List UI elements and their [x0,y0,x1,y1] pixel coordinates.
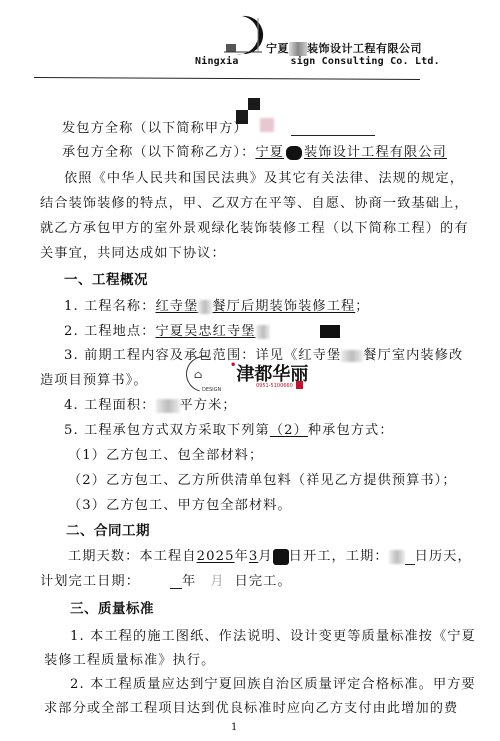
quality-p2-line2: 求部分或全部工程项目达到优良标准时应向乙方支付由此增加的费 [44,697,458,716]
duration-line: 工期天数：本工程自2025年3月日开工，工期：日历天， [68,545,472,565]
contract-mode-line: 5. 工程承包方式双方采取下列第（2）种承包方式： [64,419,394,438]
section-3-title: 三、质量标准 [70,597,154,617]
scope-text-b: 餐厅室内装修改 [363,348,463,363]
party-a-label: 发包方全称（以下简称甲方） [62,121,248,136]
completion-line: 计划完工日期：年月日完工。 [40,570,292,589]
option-3: （3）乙方包工、甲方包全部材料。 [68,494,292,513]
duration-text-e: 日历天， [415,549,472,564]
project-area-label: 4. 工程面积： [64,398,156,413]
company-en-left: Ningxia [195,56,239,67]
year-label: 年 [235,549,249,564]
redaction [389,550,405,564]
contract-mode-suffix: 种承包方式： [308,423,394,438]
quality-p1-line2: 装修工程质量标准》执行。 [44,649,215,668]
watermark-logo: ⌂ DESIGN •津都华丽 0951-5100660 [186,356,316,396]
punct: ； [355,299,369,314]
start-month: 3 [249,549,259,564]
party-a-line: 发包方全称（以下简称甲方） [62,117,375,136]
company-en-right: sign Consulting Co. Ltd. [291,56,440,67]
month-label: 月 [258,549,272,564]
month-label: 月 [210,574,224,589]
company-cn-left: 宁夏 [266,42,289,55]
redaction [273,549,289,565]
project-name-a: 红寺堡 [156,299,199,314]
intro-line-2: 结合装饰装修的特点，甲、乙双方在平等、自愿、协商一致基础上， [40,192,469,211]
contract-mode-prefix: 5. 工程承包方式双方采取下列第 [64,423,270,438]
party-b-line: 承包方全称（以下简称乙方）：宁夏装饰设计工程有限公司 [62,141,447,160]
page-number: 1 [231,722,237,733]
duration-text-a: 工期天数：本工程自 [68,549,197,564]
contract-mode-choice: （2） [270,423,308,438]
option-2: （2）乙方包工、乙方所供清单包料（祥见乙方提供预算书）； [68,469,457,488]
company-logo-icon [222,14,264,56]
project-location-label: 2. 工程地点： [64,324,156,339]
project-area-line: 4. 工程面积：平方米； [64,394,237,413]
company-name-cn: 宁夏装饰设计工程有限公司 [266,40,422,56]
project-name-line: 1. 工程名称：红寺堡餐厅后期装饰装修工程； [64,295,370,314]
house-roof-icon: ⌂ [194,368,202,381]
party-b-suffix: 装饰设计工程有限公司 [304,145,447,160]
blank [170,588,182,589]
section-2-title: 二、合同工期 [66,519,150,539]
company-cn-right: 装饰设计工程有限公司 [307,42,422,55]
duration-text-d: 日开工，工期： [289,549,389,564]
watermark-design-label: DESIGN [202,387,221,393]
scope-line-2: 造项目预算书》。 [40,369,148,388]
quality-p1-line1: 1. 本工程的施工图纸、作法说明、设计变更等质量标准按《宁夏 [70,625,476,644]
option-1: （1）乙方包工、包全部材料； [68,444,263,463]
redaction [198,300,212,314]
watermark-phone: 0951-5100660 [256,383,293,389]
redaction [341,350,363,362]
redaction [286,146,302,160]
project-name-label: 1. 工程名称： [64,299,156,314]
redaction [156,399,180,413]
redaction [320,325,340,338]
quality-p2-line1: 2. 本工程质量应达到宁夏回族自治区质量评定合格标准。甲方要 [70,673,476,692]
redaction [256,325,270,339]
watermark-seal-icon [296,381,303,389]
blank [405,564,415,565]
intro-line-1: 依照《中华人民共和国民法典》及其它有关法律、法规的规定， [64,167,464,186]
party-a-blank [291,135,375,136]
header-divider [34,77,420,80]
intro-line-4: 关事宜，共同达成如下协议： [40,242,226,261]
section-1-title: 一、工程概况 [64,268,148,288]
completion-label: 计划完工日期： [40,574,140,589]
party-b-label: 承包方全称（以下简称乙方）： [62,145,255,160]
completion-suffix: 日完工。 [235,574,292,589]
intro-line-3: 就乙方承包甲方的室外景观绿化装饰装修工程（以下简称工程）的有 [40,217,469,236]
letterhead: 宁夏装饰设计工程有限公司 Ningxiasign Consulting Co. … [0,0,500,80]
project-name-b: 餐厅后期装饰装修工程 [212,299,355,314]
year-label: 年 [182,574,196,589]
redaction [289,42,307,56]
project-location-value: 宁夏吴忠红寺堡 [156,324,256,339]
project-location-line: 2. 工程地点：宁夏吴忠红寺堡 [64,320,340,339]
party-b-prefix: 宁夏 [255,145,284,160]
project-area-unit: 平方米； [180,398,237,413]
company-name-en: Ningxiasign Consulting Co. Ltd. [195,56,440,67]
start-year: 2025 [197,549,235,564]
